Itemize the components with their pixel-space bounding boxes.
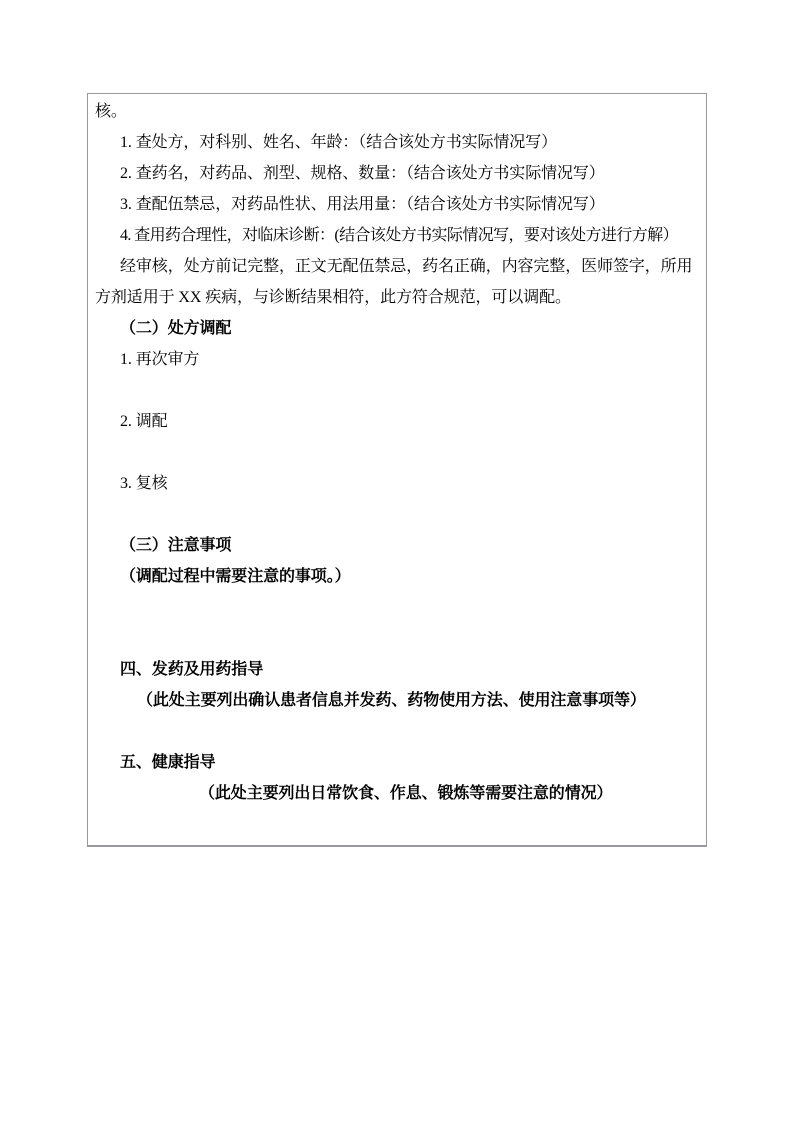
dispensing-step-1: 1. 再次审方 — [95, 344, 700, 375]
review-item-1: 1. 查处方，对科别、姓名、年龄：（结合该处方书实际情况写） — [95, 127, 700, 158]
section-dispense-guidance-heading: 四、发药及用药指导 — [95, 654, 700, 685]
review-item-2: 2. 查药名，对药品、剂型、规格、数量：（结合该处方书实际情况写） — [95, 158, 700, 189]
review-item-4: 4. 查用药合理性，对临床诊断：(结合该处方书实际情况写，要对该处方进行方解） — [95, 220, 700, 251]
review-conclusion-line-2: 方剂适用于 XX 疾病，与诊断结果相符，此方符合规范，可以调配。 — [95, 282, 700, 313]
section-dispense-guidance-note: （此处主要列出确认患者信息并发药、药物使用方法、使用注意事项等） — [95, 685, 700, 716]
section-notes-note: （调配过程中需要注意的事项。） — [95, 561, 700, 592]
document-border-box: 核。 1. 查处方，对科别、姓名、年龄：（结合该处方书实际情况写） 2. 查药名… — [87, 93, 707, 847]
review-item-3: 3. 查配伍禁忌，对药品性状、用法用量：（结合该处方书实际情况写） — [95, 189, 700, 220]
section-health-guidance-heading: 五、健康指导 — [95, 747, 700, 778]
section-health-guidance-note: （此处主要列出日常饮食、作息、锻炼等需要注意的情况） — [95, 778, 700, 809]
review-conclusion-line-1: 经审核，处方前记完整，正文无配伍禁忌，药名正确，内容完整，医师签字，所用 — [95, 251, 700, 282]
section-notes-heading: （三）注意事项 — [95, 530, 700, 561]
dispensing-step-2: 2. 调配 — [95, 406, 700, 437]
document-page: 核。 1. 查处方，对科别、姓名、年龄：（结合该处方书实际情况写） 2. 查药名… — [0, 0, 793, 1122]
paragraph-continuation: 核。 — [95, 96, 700, 127]
section-dispensing-heading: （二）处方调配 — [95, 313, 700, 344]
dispensing-step-3: 3. 复核 — [95, 468, 700, 499]
